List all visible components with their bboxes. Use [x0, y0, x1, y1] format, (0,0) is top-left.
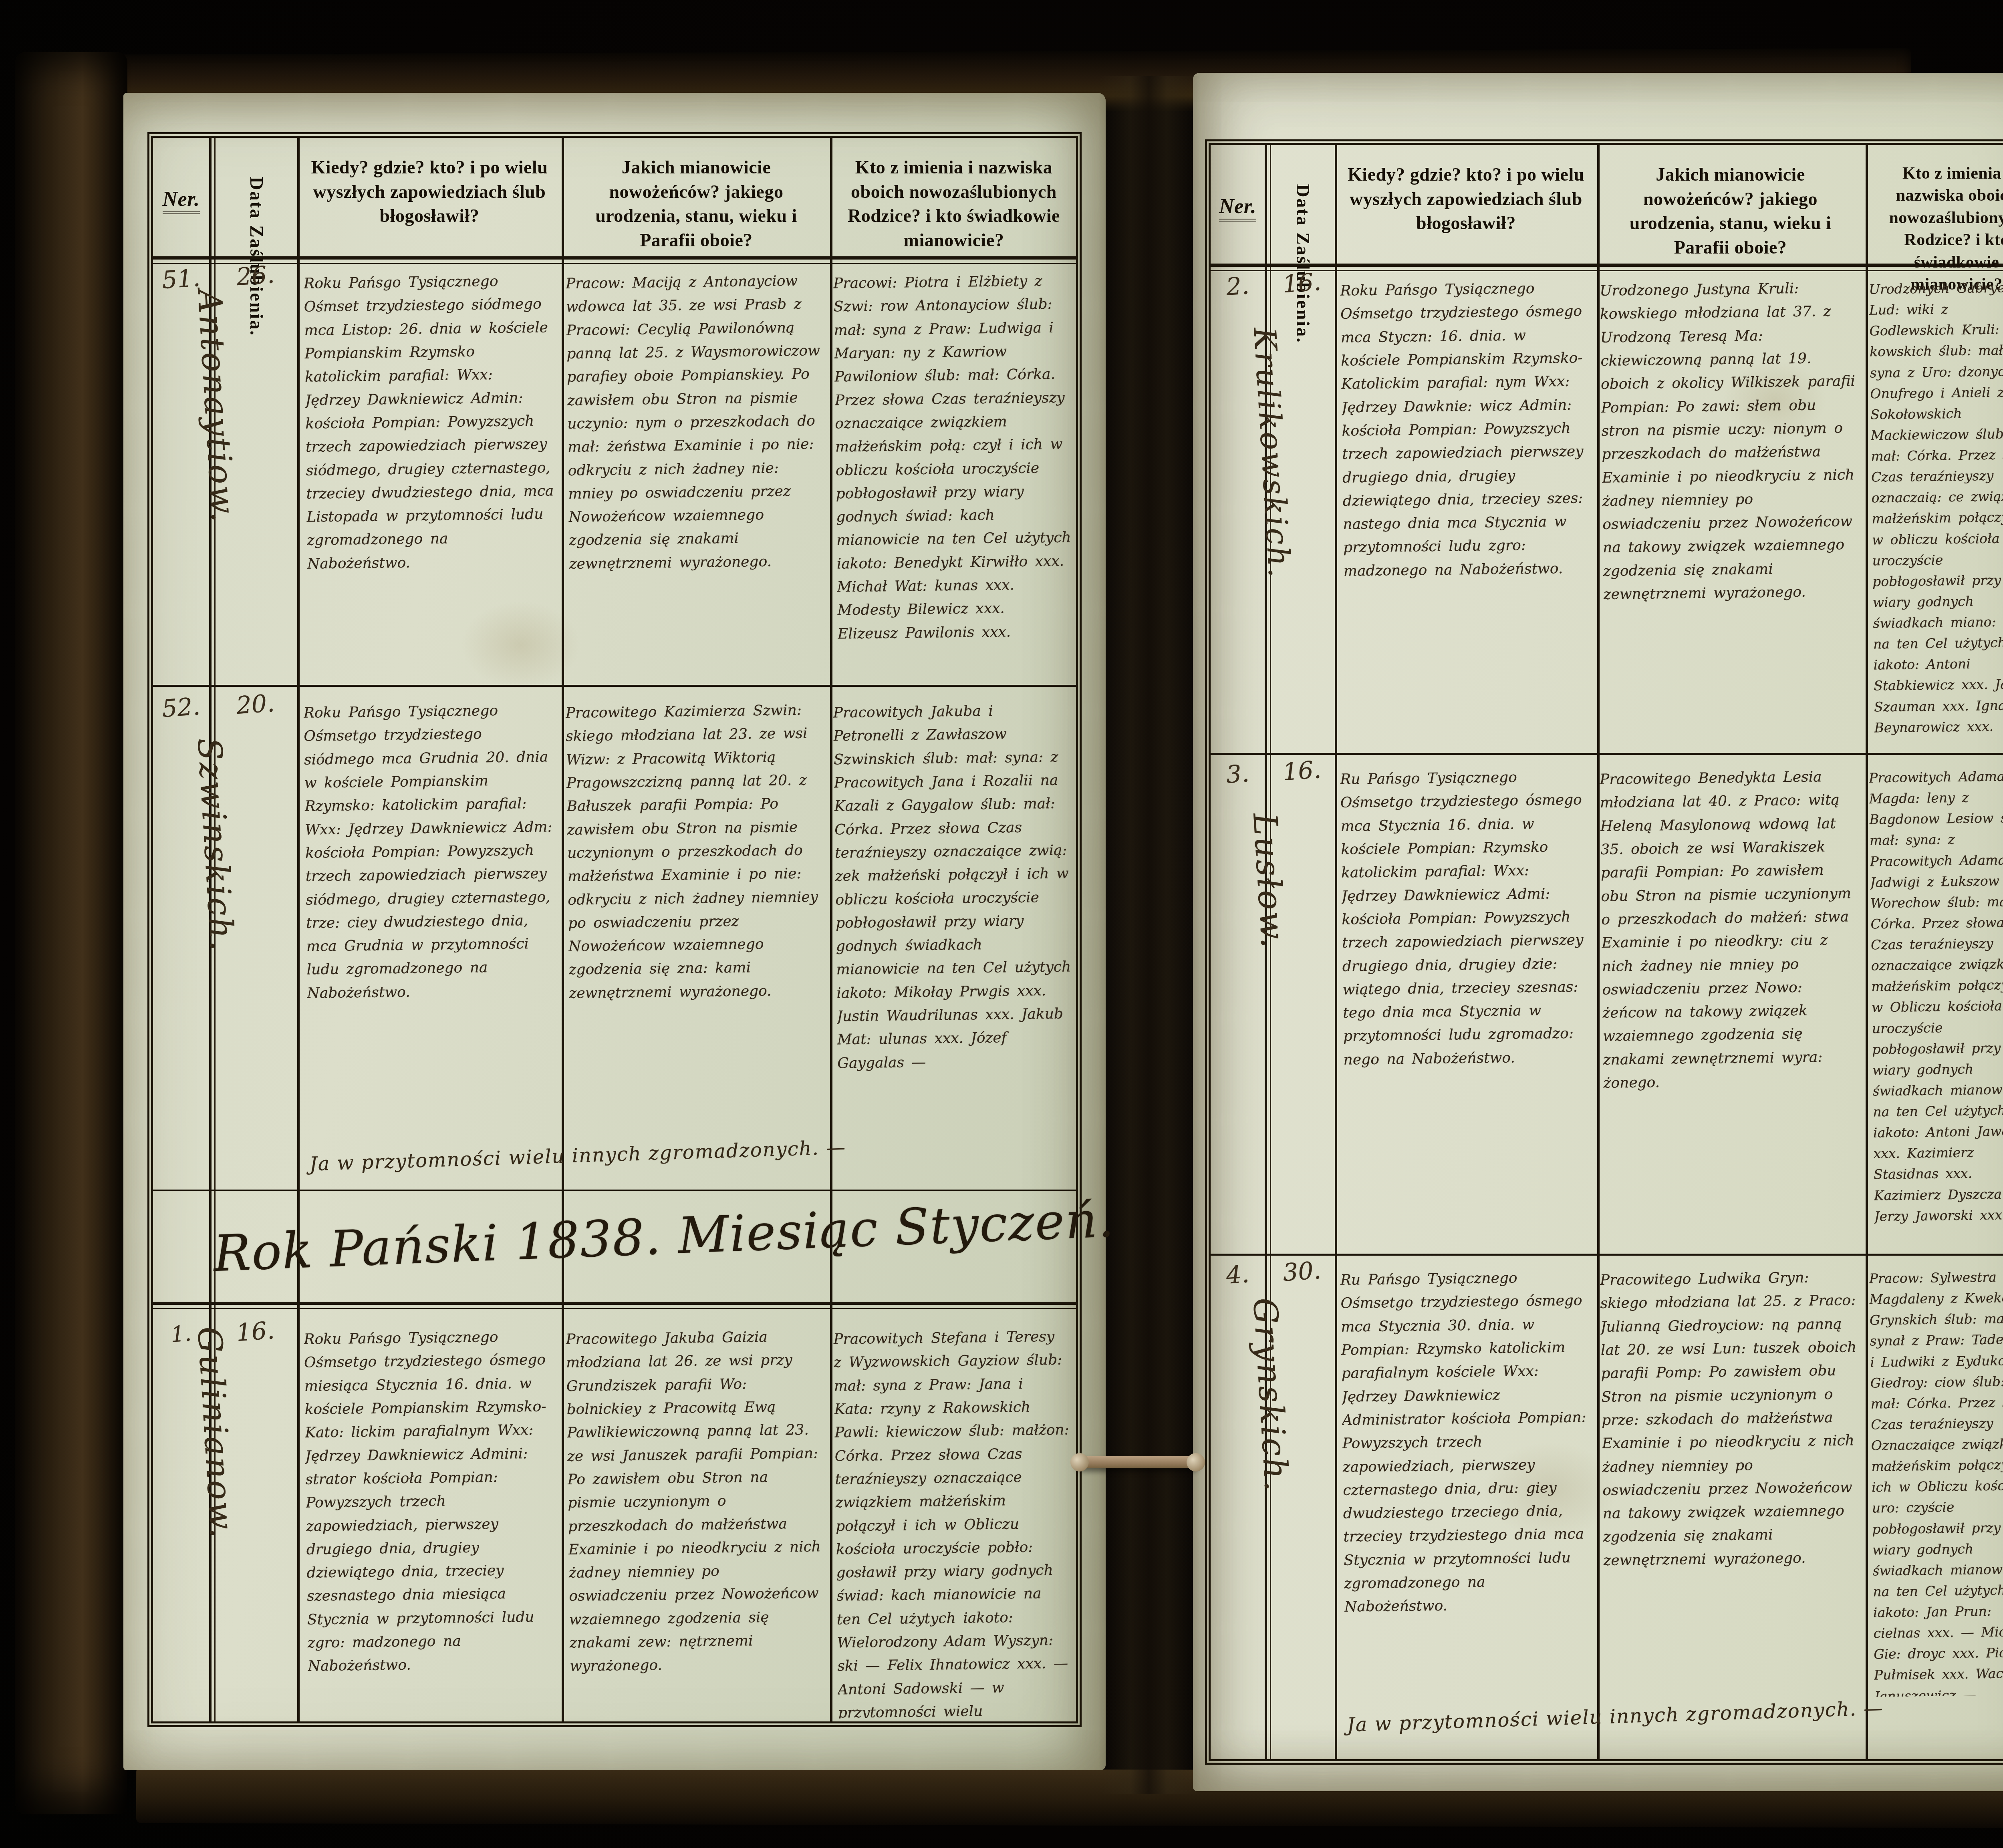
header-jakich: Jakich mianowicie nowożeńców? jakiego ur… — [568, 155, 824, 253]
column-rule — [297, 138, 300, 1721]
entry-couple: Urodzonego Justyna Kruli: kowskiego młod… — [1600, 276, 1862, 740]
marriage-register-scan: Ner. Data Zaślubienia. Kiedy? gdzie? kto… — [0, 0, 2003, 1848]
column-rule — [1597, 145, 1600, 1759]
header-kto: Kto z imienia i nazwiska oboich nowozaśl… — [836, 155, 1071, 253]
column-rule — [562, 138, 564, 1721]
entry-officiation: Roku Pańsgo Tysiącznego Ośmsetgo trzydzi… — [303, 699, 556, 1134]
entry-couple: Pracowitego Benedykta Lesia młodziana la… — [1600, 765, 1862, 1241]
entry-family-name: Antonaytiow. — [190, 288, 252, 690]
binding-thread — [1077, 1456, 1199, 1468]
column-rule — [1866, 145, 1868, 1759]
header-ner: Ner. — [1211, 193, 1265, 221]
thread-knot — [1070, 1453, 1089, 1472]
entry-parents-witnesses: Urodzonych Gabryela i Lud: wiki z Godlew… — [1869, 277, 2003, 741]
entry-number: 52. — [152, 692, 210, 724]
closing-line: Ja w przytomności wielu innych zgromadzo… — [1347, 1692, 2003, 1736]
entry-officiation: Ru Pańsgo Tysiącznego Ośmsetgo trzydzies… — [1340, 765, 1592, 1240]
header-data-zaslubienia: Data Zaślubienia. — [246, 137, 267, 377]
header-data-zaslubienia: Data Zaślubienia. — [1292, 144, 1314, 384]
entry-parents-witnesses: Pracowi: Piotra i Elżbiety z Szwi: row A… — [833, 269, 1073, 676]
entry-number: 4. — [1210, 1259, 1266, 1290]
entry-date: 30. — [1269, 1256, 1335, 1288]
entry-date: 16. — [1269, 267, 1335, 300]
header-ner: Ner. — [153, 186, 209, 213]
entry-officiation: Roku Pańsgo Tysiącznego Ośmsetgo trzydzi… — [304, 1325, 556, 1718]
entry-date: 16. — [1269, 755, 1335, 787]
ner-label: Ner. — [163, 188, 200, 214]
heading-rule — [153, 1302, 1076, 1305]
entry-parents-witnesses: Pracowitych Adama i Magda: leny z Bagdon… — [1869, 765, 2003, 1240]
column-rule — [830, 138, 832, 1721]
entry-officiation: Roku Pańsgo Tysiącznego Ośmset trzydzies… — [304, 269, 556, 676]
header-kiedy: Kiedy? gdzie? kto? i po wielu wyszłych z… — [1343, 163, 1589, 236]
heading-rule — [153, 1308, 1076, 1309]
entry-family-name: Grynskich. — [1245, 1297, 1308, 1699]
entry-family-name: Krulikowskich. — [1247, 326, 1307, 729]
entry-family-name: Lusłow. — [1245, 812, 1308, 1214]
book-spine — [15, 52, 127, 1814]
entry-parents-witnesses: Pracowitych Stefana i Teresy z Wyzwowski… — [833, 1325, 1073, 1718]
entry-number: 3. — [1210, 758, 1266, 790]
entry-couple: Pracowitego Kazimierza Szwin: skiego mło… — [565, 699, 825, 1134]
row-rule — [153, 685, 1076, 687]
entry-parents-witnesses: Pracow: Sylwestra i Magdaleny z Kwekerow… — [1869, 1266, 2003, 1697]
entry-officiation: Roku Pańsgo Tysiącznego Ośmsetgo trzydzi… — [1340, 276, 1592, 740]
entry-number: 2. — [1210, 270, 1266, 302]
thread-knot — [1187, 1453, 1205, 1472]
year-heading: Rok Pański 1838. Miesiąc Styczeń. — [212, 1191, 1116, 1283]
right-register-table: Ner. Data Zaślubienia. Kiedy? gdzie? kto… — [1205, 139, 2003, 1765]
header-kto: Kto z imienia i nazwiska oboich nowozaśl… — [1871, 163, 2003, 296]
entry-date: 20. — [216, 688, 295, 721]
entry-family-name: Szwinskich. — [190, 737, 252, 1139]
header-jakich: Jakich mianowicie nowożeńców? jakiego ur… — [1603, 163, 1858, 260]
entry-parents-witnesses: Pracowitych Jakuba i Petronelli z Zawłas… — [833, 699, 1073, 1134]
book-gutter — [1098, 76, 1199, 1794]
closing-line: Ja w przytomności wielu innych zgromadzo… — [309, 1129, 1067, 1175]
entry-couple: Pracow: Maciją z Antonayciow wdowca lat … — [566, 269, 825, 677]
entry-date: 26. — [216, 259, 295, 292]
header-kiedy: Kiedy? gdzie? kto? i po wielu wyszłych z… — [305, 155, 554, 228]
left-register-table: Ner. Data Zaślubienia. Kiedy? gdzie? kto… — [147, 132, 1082, 1727]
entry-family-name: Gulinianow. — [190, 1326, 252, 1728]
entry-couple: Pracowitego Ludwika Gryn: skiego młodzia… — [1600, 1266, 1861, 1697]
row-rule — [153, 1190, 1076, 1191]
column-rule — [1335, 145, 1337, 1759]
entry-couple: Pracowitego Jakuba Gaizia młodziana lat … — [566, 1325, 825, 1719]
entry-officiation: Ru Pańsgo Tysiącznego Ośmsetgo trzydzies… — [1340, 1266, 1592, 1697]
ner-label: Ner. — [1219, 195, 1256, 221]
